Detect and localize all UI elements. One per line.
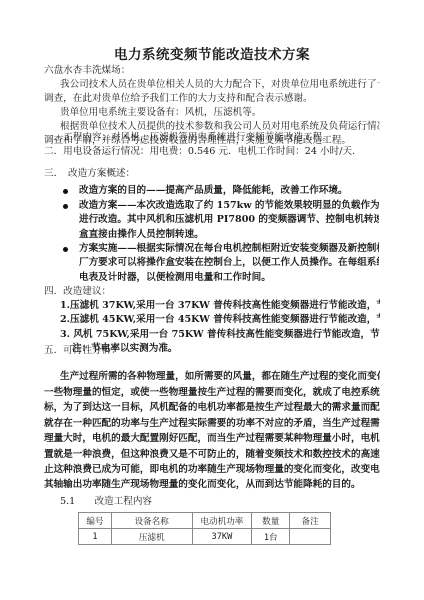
table-cell: 1 bbox=[79, 529, 112, 545]
bullet-line: 方案实施——根据实际情况在每台电机控制柜附近安装变频器及新控制柜。根据 bbox=[79, 242, 379, 256]
header-cell: 备注 bbox=[290, 513, 331, 529]
document-title: 电力系统变频节能改造技术方案 bbox=[0, 43, 424, 63]
paragraph-line: 生产过程所需的各种物理量，如所需要的风量，都在随生产过程的变化而变化，保持 bbox=[60, 370, 380, 384]
salutation: 六盘水杏丰洗煤场： bbox=[44, 64, 380, 78]
table-row: 1 压滤机 37KW 1台 bbox=[79, 529, 331, 545]
intro-line: 调查，在此对贵单位给予我们工作的大力支持和配合表示感谢。 bbox=[44, 92, 380, 106]
bullet-icon bbox=[63, 189, 68, 194]
section-2: 二．用电设备运行情况：用电费：0.546 元．电机工作时间：24 小时/天. bbox=[44, 145, 380, 159]
table-cell bbox=[290, 529, 331, 545]
suggestion-item: 3. 风机 75KW,采用一台 75KW 普传科技高性能变频器进行节能改造，节电… bbox=[60, 328, 380, 342]
header-cell: 编号 bbox=[79, 513, 112, 529]
paragraph-line: 就存在一种匹配的功率与生产过程实际需要的功率不对应的矛盾，当生产过程需要某种物 bbox=[44, 417, 380, 431]
paragraph-line: 其轴输出功率随生产现场物理量的变化而变化，从而到达节能降耗的目的。 bbox=[44, 478, 380, 492]
table-cell: 1台 bbox=[252, 529, 290, 545]
paragraph-line: 一些物理量的恒定，或使一些物理量按生产过程的需要而变化，就成了电控系统的最终目 bbox=[44, 386, 380, 400]
bullet-line: 电表及计时器，以便检测用电量和工作时间。 bbox=[79, 271, 379, 285]
paragraph-line: 止这种浪费已成为可能，即电机的功率随生产现场物理量的变化而变化，改变电机转速使 bbox=[44, 463, 380, 477]
section-1: 一．工程内容：对风机，压滤机等用电系统进行变频节能改造工程。 bbox=[44, 131, 380, 145]
bullet-icon bbox=[63, 247, 68, 252]
header-cell: 设备名称 bbox=[111, 513, 192, 529]
suggestion-item: 1.压滤机 37KW,采用一台 37KW 普传科技高性能变频器进行节能改造，节电… bbox=[60, 299, 380, 313]
header-cell: 电动机功率 bbox=[192, 513, 252, 529]
paragraph-line: 标，为了到达这一目标，风机配备的电机功率都是按生产过程最大的需求量而配置的，这 bbox=[44, 401, 380, 415]
bullet-line: 改造方案的目的——提高产品质量，降低能耗，改善工作环境。 bbox=[79, 184, 379, 198]
section-4-heading: 四．改造建议： bbox=[44, 285, 380, 299]
header-cell: 数量 bbox=[252, 513, 290, 529]
section-5-heading: 五．可行性分析： bbox=[44, 344, 380, 358]
document-page: 电力系统变频节能改造技术方案 六盘水杏丰洗煤场： 我公司技术人员在贵单位相关人员… bbox=[0, 0, 424, 600]
paragraph-line: 置就是一种浪费，但这种浪费又是不可防止的，随着变频技术和数控技术的高速开展，防 bbox=[44, 448, 380, 462]
section-3-heading: 三． 改造方案概述： bbox=[44, 167, 380, 181]
table-header-row: 编号 设备名称 电动机功率 数量 备注 bbox=[79, 513, 331, 529]
suggestion-item: 2.压滤机 45KW,采用一台 45KW 普传科技高性能变频器进行节能改造，节电… bbox=[60, 313, 380, 327]
bullet-line: 改造方案——本次改造选取了约 157kw 的节能效果较明显的负载作为投资工程， bbox=[79, 199, 379, 213]
bullet-line: 进行改造。其中风机和压滤机用 PI7800 的变频器调节、控制电机转速。采用控制 bbox=[79, 213, 379, 227]
bullet-icon bbox=[63, 204, 68, 209]
intro-line: 我公司技术人员在贵单位相关人员的大力配合下，对贵单位用电系统进行了一次详细 bbox=[60, 78, 380, 92]
table-cell: 压滤机 bbox=[111, 529, 192, 545]
equipment-table: 编号 设备名称 电动机功率 数量 备注 1 压滤机 37KW 1台 bbox=[78, 512, 331, 545]
bullet-line: 盒直接由操作人员控制转速。 bbox=[79, 228, 379, 242]
table-cell: 37KW bbox=[192, 529, 252, 545]
paragraph-line: 理量大时，电机的最大配置刚好匹配，而当生产过程需要某种物理量小时，电机的最大配 bbox=[44, 432, 380, 446]
subsection-heading: 5.1 改造工程内容 bbox=[60, 495, 360, 509]
intro-line: 贵单位用电系统主要设备有：风机，压滤机等。 bbox=[60, 106, 380, 120]
bullet-line: 厂方要求可以将操作盒安装在控制台上，以便工作人员操作。在每组系统前安装 bbox=[79, 256, 379, 270]
